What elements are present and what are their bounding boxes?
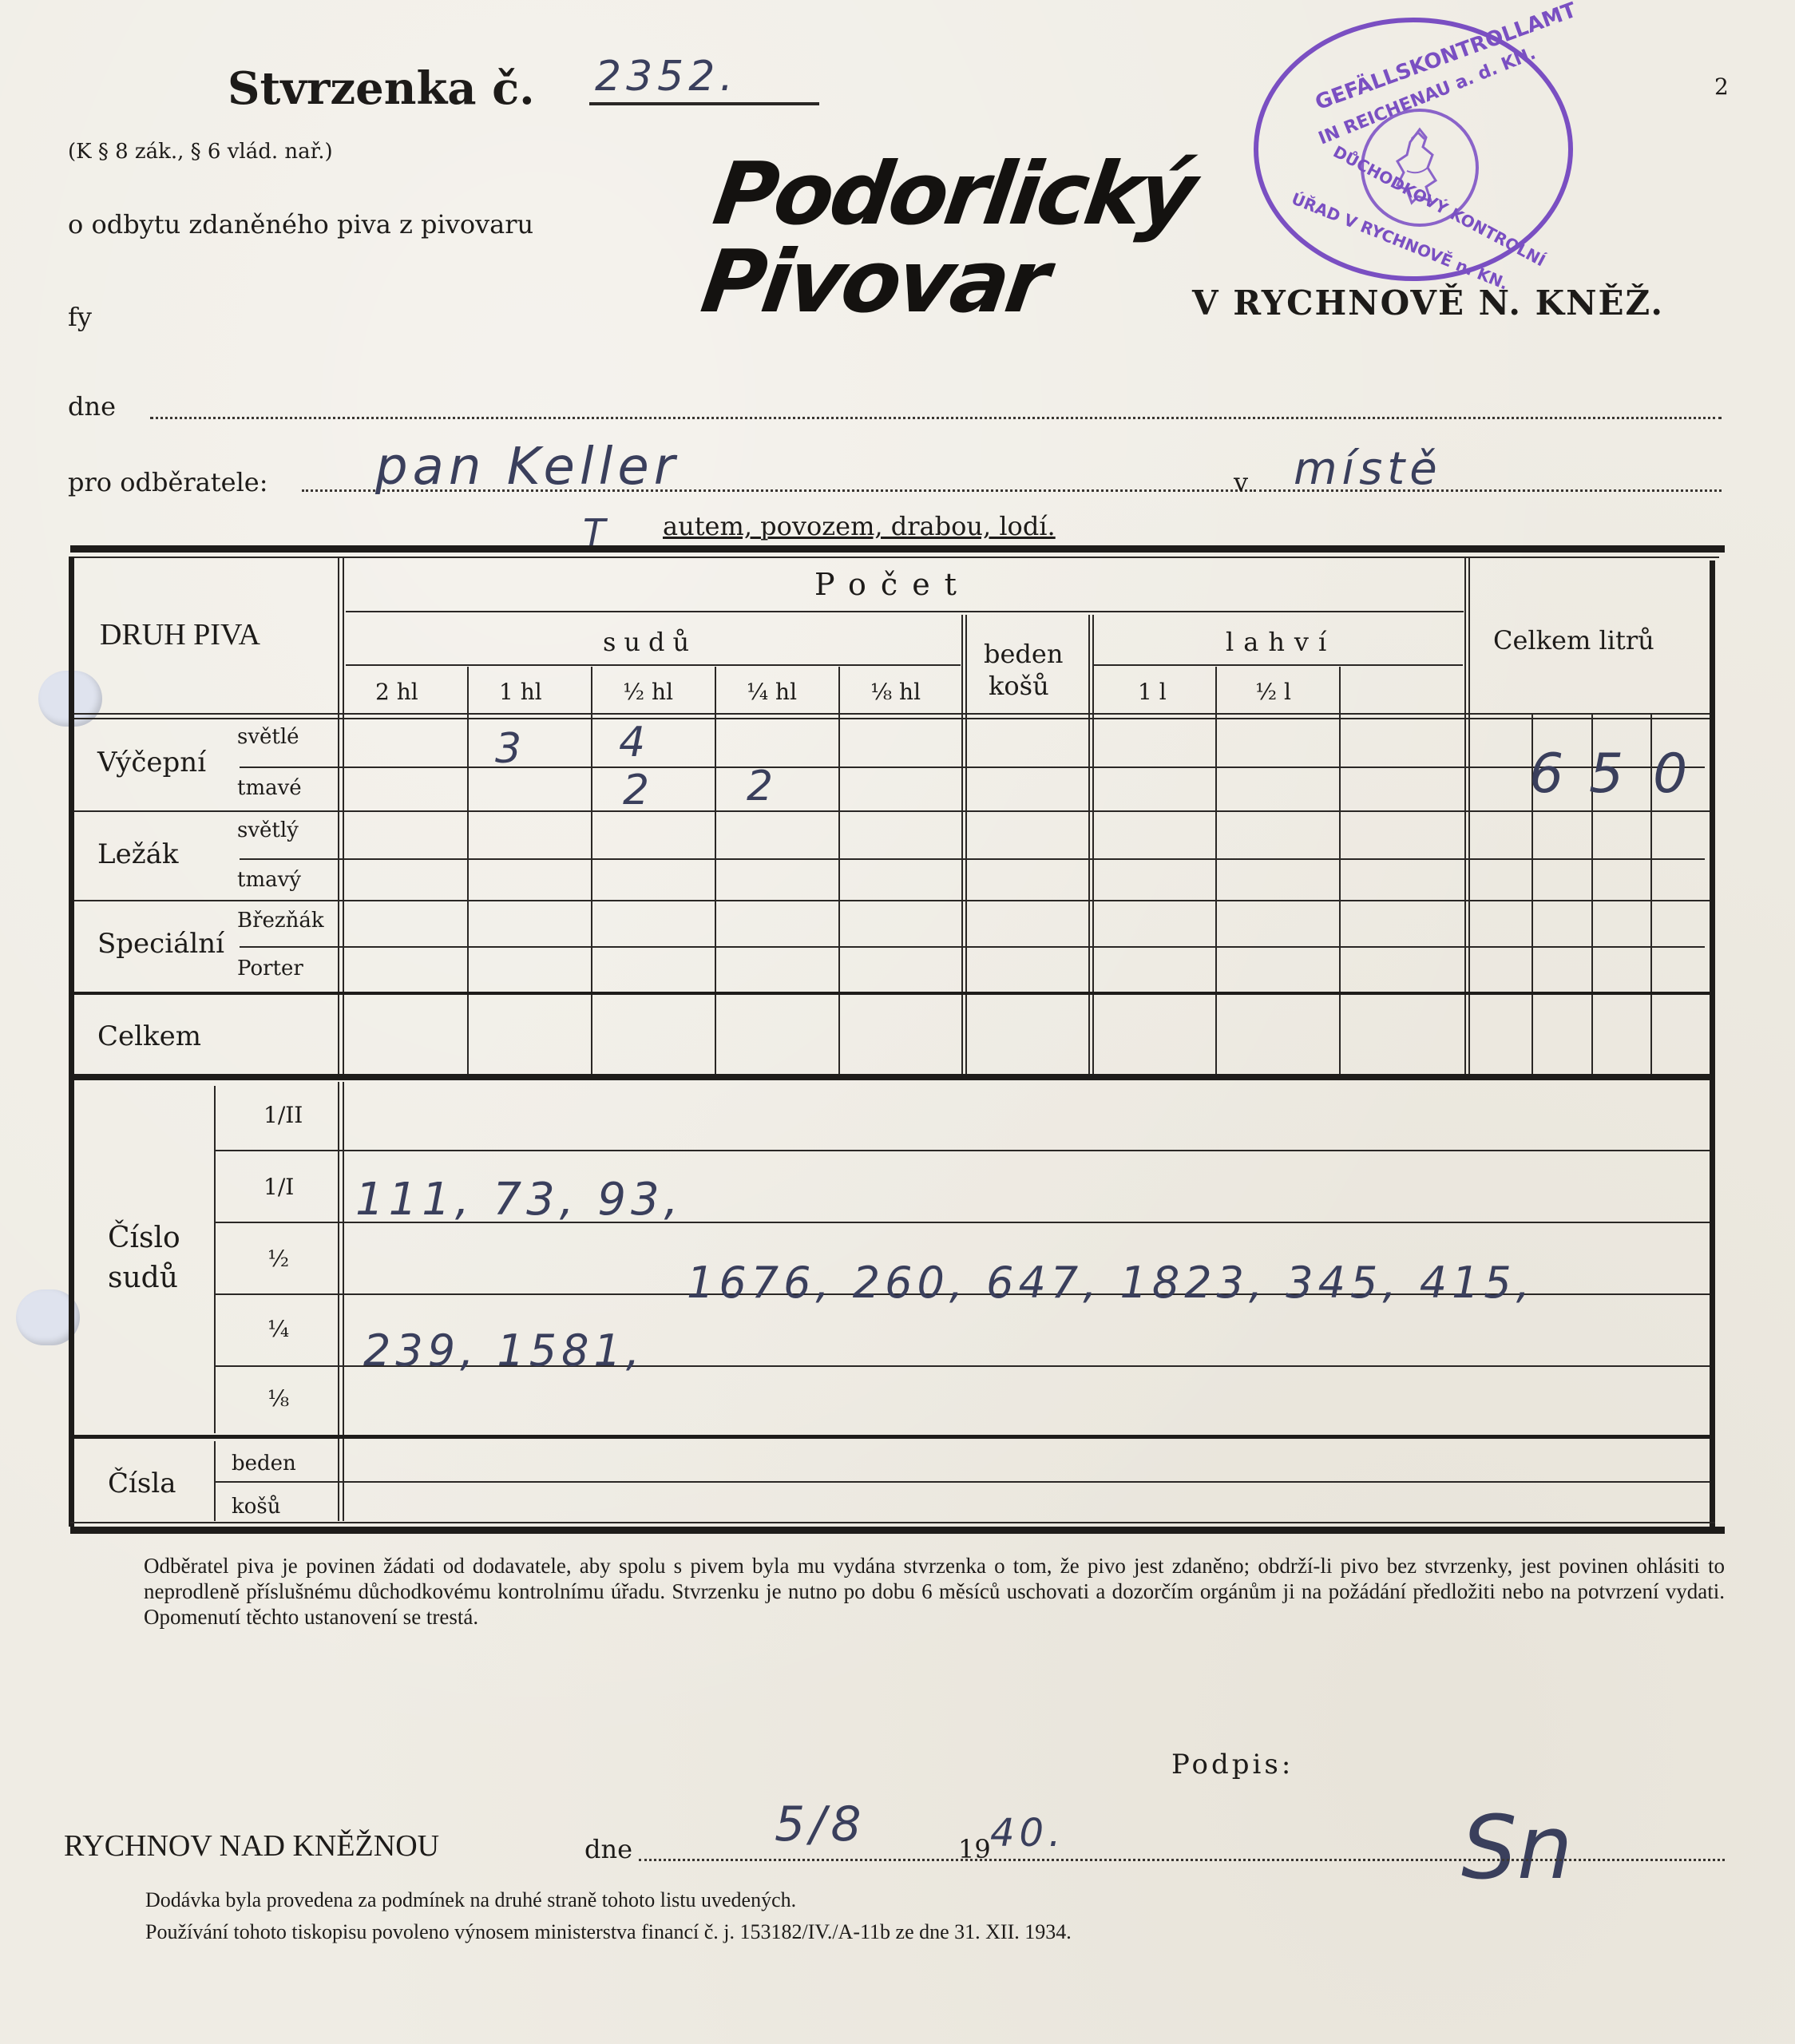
col-line-beden-left-2 [965, 615, 967, 1078]
cisla-kosu-label: košů [232, 1495, 281, 1519]
cislo-col-line-1 [214, 1086, 216, 1433]
col-header-druh-piva: DRUH PIVA [100, 617, 260, 652]
customer-label: pro odběratele: [68, 467, 268, 497]
cislo-col-line-2 [338, 1082, 339, 1521]
total-liters-digit-hundreds[interactable]: 6 [1529, 743, 1563, 806]
row-line-special-end [74, 992, 1710, 995]
customer-value: pan Keller [375, 438, 680, 497]
cislo-numbers-quarter[interactable]: 239, 1581, [363, 1325, 644, 1376]
header-bottom-line [74, 713, 1710, 715]
transport-options: autem, povozem, drabou, lodí. [663, 511, 1056, 541]
cell-vycepni-svetle-half-hl[interactable]: 4 [619, 719, 650, 766]
col-header-kosu: košů [989, 671, 1049, 701]
cislo-size-half: ½ [267, 1246, 289, 1272]
header-bottom-line-2 [74, 718, 1710, 719]
receipt-title: Stvrzenka č. [228, 62, 535, 115]
total-liters-digit-ones[interactable]: 0 [1653, 743, 1687, 806]
col-line-beden-right [1088, 615, 1090, 1078]
receipt-number-underline [589, 102, 819, 105]
row-line-lezak-mid [240, 858, 1705, 860]
unit-2hl: 2 hl [375, 679, 418, 705]
col-line-beden-left [961, 615, 963, 1078]
header-line-pocet [346, 611, 1464, 612]
cislo-size-1-1: 1/I [264, 1174, 294, 1200]
cislo-numbers-half[interactable]: 1676, 260, 647, 1823, 345, 415, [687, 1258, 1535, 1308]
cell-vycepni-svetle-1hl[interactable]: 3 [495, 725, 526, 773]
unit-quarter-hl: ¼ hl [747, 679, 797, 705]
col-line-2 [591, 667, 592, 1078]
cisla-label: Čísla [108, 1468, 176, 1499]
row-sub-svetly: světlý [237, 818, 299, 842]
table-bottom-border [70, 1527, 1725, 1534]
row-line-vycepni-end [74, 810, 1710, 812]
cell-vycepni-tmave-quarter-hl[interactable]: 2 [747, 763, 778, 810]
col-line-druh-2 [343, 557, 344, 1079]
legal-notice: Odběratel piva je povinen žádati od doda… [144, 1553, 1725, 1630]
row-line-celkem-end [74, 1074, 1710, 1080]
unit-1hl: 1 hl [499, 679, 542, 705]
brewery-location: V RYCHNOVĚ N. KNĚŽ. [1192, 283, 1664, 323]
page-number: 2 [1714, 73, 1729, 100]
col-line-litry-3 [1650, 715, 1652, 1078]
row-group-lezak: Ležák [97, 838, 179, 870]
table-right-border [1710, 561, 1715, 1528]
receipt-number: 2352. [595, 53, 738, 101]
cislo-numbers-1-1[interactable]: 111, 73, 93, [355, 1174, 683, 1226]
row-sub-tmave: tmavé [237, 776, 302, 800]
table-top-border-thin [70, 557, 1719, 558]
cislo-sudu-label-1: Číslo [108, 1222, 180, 1254]
footer-year-suffix: 40. [990, 1811, 1065, 1856]
cislo-size-eighth: ⅛ [267, 1385, 289, 1412]
cislo-sudu-label-2: sudů [108, 1262, 178, 1294]
cell-vycepni-tmave-half-hl[interactable]: 2 [623, 766, 654, 814]
conditions-note: Dodávka byla provedena za podmínek na dr… [145, 1888, 796, 1912]
row-group-specialni: Speciální [97, 928, 224, 960]
col-header-celkem-litru: Celkem litrů [1493, 625, 1654, 656]
col-line-celkem [1464, 557, 1466, 1079]
cislo-col-line-2b [343, 1082, 344, 1521]
footer-date-label: dne [584, 1834, 632, 1864]
official-stamp: GEFÄLLSKONTROLLAMT IN REICHENAU a. d. KN… [1254, 18, 1573, 281]
row-line-special-mid [240, 946, 1705, 948]
total-liters-digit-tens[interactable]: 5 [1589, 743, 1623, 806]
footer-date-field[interactable] [639, 1859, 1725, 1861]
row-sub-breznak: Březňák [237, 909, 324, 933]
date-label: dne [68, 391, 116, 422]
cislo-row-line-1 [214, 1150, 1710, 1151]
col-line-druh [338, 557, 339, 1079]
row-group-vycepni: Výčepní [97, 747, 206, 778]
col-line-4 [838, 667, 840, 1078]
unit-1l: 1 l [1138, 679, 1167, 705]
cislo-size-quarter: ¼ [267, 1316, 289, 1342]
signature-value: Sn [1461, 1796, 1573, 1899]
header-line-sudu [346, 664, 961, 666]
col-header-beden: beden [984, 639, 1063, 669]
cislo-size-1-2: 1/II [264, 1102, 303, 1128]
row-total-label: Celkem [97, 1020, 201, 1052]
place-label: v [1234, 467, 1248, 497]
legal-reference: (K § 8 zák., § 6 vlád. nař.) [68, 140, 333, 164]
footer-year-prefix: 19 [958, 1834, 991, 1864]
unit-eighth-hl: ⅛ hl [870, 679, 921, 705]
row-line-lezak-end [74, 900, 1710, 901]
cislo-section-end [74, 1435, 1710, 1439]
signature-label: Podpis: [1171, 1749, 1294, 1781]
col-line-1 [467, 667, 469, 1078]
unit-half-l: ½ l [1255, 679, 1291, 705]
table-bottom-border-thin [70, 1522, 1715, 1523]
cisla-row-line [214, 1481, 1710, 1483]
row-sub-tmavy: tmavý [237, 868, 301, 892]
col-line-beden-right-2 [1092, 615, 1094, 1078]
col-line-celkem-2 [1468, 557, 1470, 1079]
col-header-pocet: Počet [814, 567, 971, 602]
receipt-subtitle: o odbytu zdaněného piva z pivovaru [68, 209, 533, 240]
table-left-border [69, 557, 74, 1527]
cisla-beden-label: beden [232, 1452, 296, 1476]
row-sub-svetle: světlé [237, 725, 299, 749]
footer-place: RYCHNOV NAD KNĚŽNOU [64, 1828, 439, 1864]
col-line-3 [715, 667, 716, 1078]
footer-date-value: 5/8 [775, 1796, 866, 1852]
unit-half-hl: ½ hl [623, 679, 673, 705]
col-header-sudu: sudů [603, 627, 697, 657]
col-line-lahve-1 [1215, 667, 1217, 1078]
header-line-lahvi [1094, 664, 1463, 666]
brewery-logo-line1: Podorlický [708, 152, 1199, 238]
brewery-logo-line2: Pivovar [696, 240, 1051, 326]
authorization-note: Používání tohoto tiskopisu povoleno výno… [145, 1920, 1072, 1944]
col-line-lahve-2 [1339, 667, 1341, 1078]
row-line-vycepni-mid [240, 766, 1705, 768]
table-top-border [70, 545, 1725, 553]
col-header-lahvi: lahví [1226, 627, 1336, 657]
row-sub-porter: Porter [237, 957, 303, 980]
date-field[interactable] [150, 417, 1722, 419]
place-value: místě [1294, 443, 1442, 495]
firm-label: fy [68, 302, 92, 332]
